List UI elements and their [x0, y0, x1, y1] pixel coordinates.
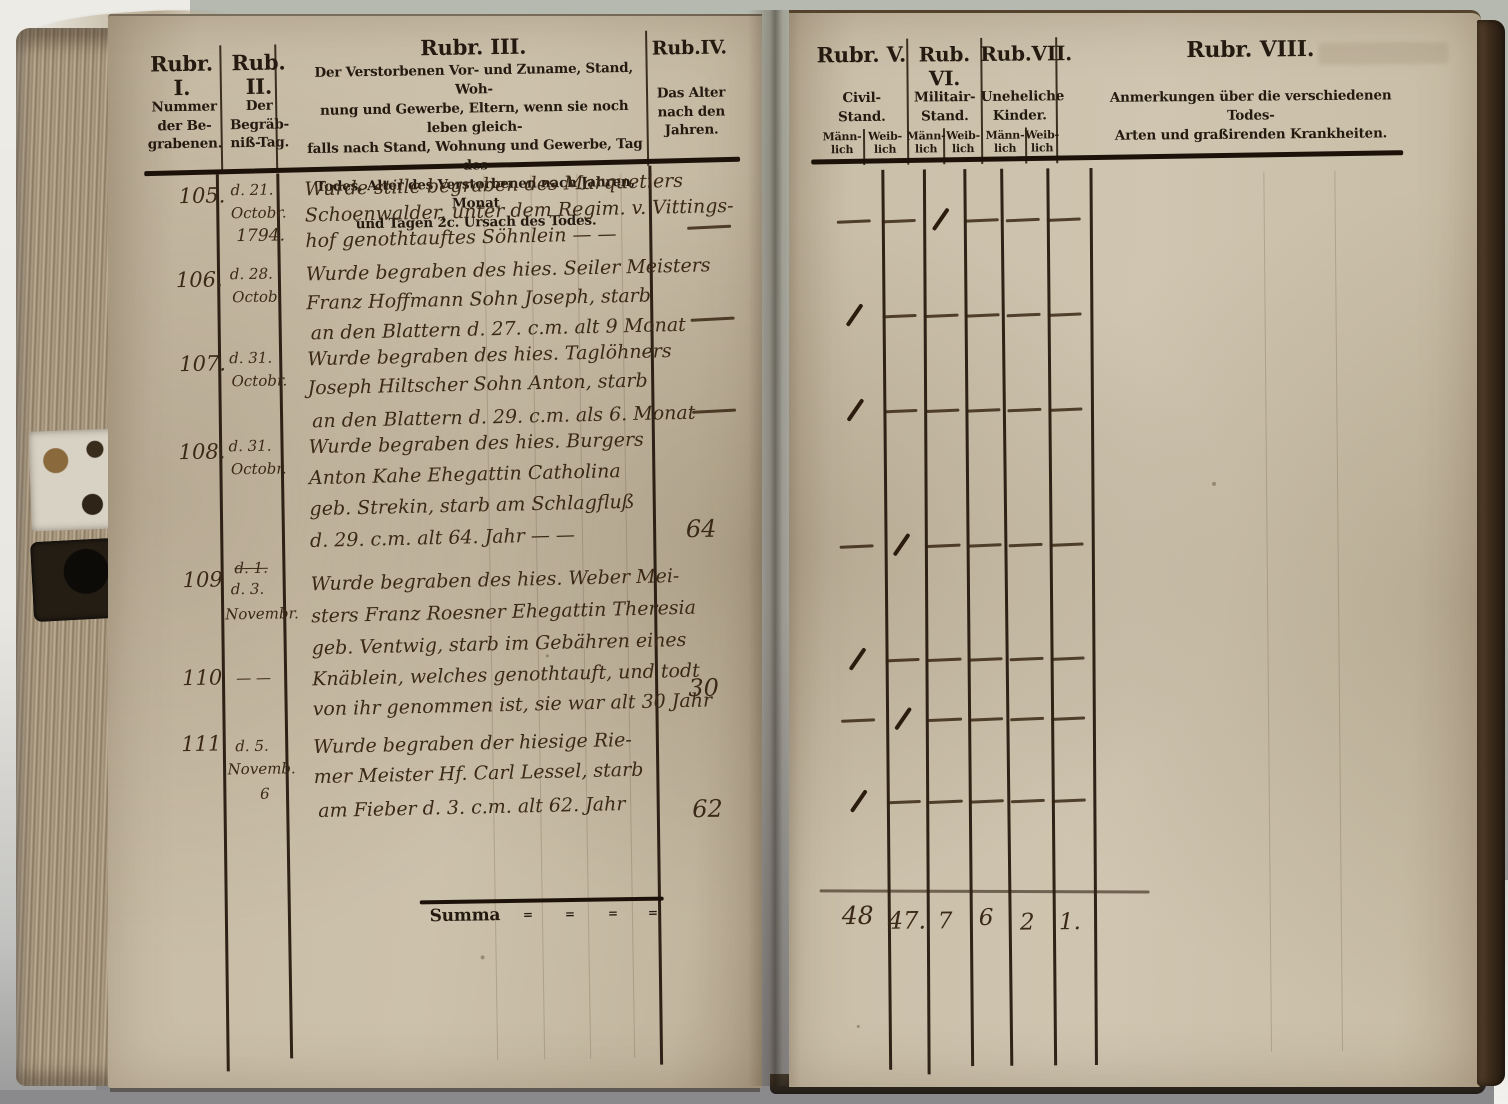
tally-mark-dash	[883, 314, 917, 318]
rubric1-label: Nummer der Be- grabenen.	[147, 97, 222, 154]
total-militair-weiblich: 6	[979, 905, 994, 931]
entry-date: Novembr.	[225, 604, 299, 623]
entry-date: d. 21.	[230, 181, 273, 200]
rubric4-label-line: Jahren.	[651, 120, 731, 140]
fore-edge-dark-patch	[30, 538, 118, 622]
total-uneheliche-maennlich: 2	[1020, 910, 1035, 936]
tally-mark-dash	[929, 800, 963, 804]
summa-mark: =	[608, 906, 618, 920]
summa-mark: =	[648, 906, 658, 920]
entry-text-line: Knäblein, welches genothtauft, und todt	[312, 659, 700, 692]
rubric3-line: nung und Gewerbe, Eltern, wenn sie noch …	[300, 97, 649, 140]
church-burial-register-photo: Rubr. I. Rub. II. Rubr. III. Rub.IV. Num…	[0, 0, 1508, 1104]
tally-mark-dash	[965, 218, 999, 222]
fore-edge-damage-patch	[28, 428, 119, 531]
rubric2-title: Rub. II.	[220, 50, 297, 99]
rubric4-title: Rub.IV.	[646, 35, 732, 60]
entry-number: 107.	[179, 351, 226, 376]
tally-mark-dash	[837, 219, 871, 223]
left-page: Rubr. I. Rub. II. Rubr. III. Rub.IV. Num…	[108, 14, 762, 1088]
tally-mark-one	[846, 303, 864, 327]
entry-number: 105.	[178, 183, 225, 208]
tally-mark-dash	[1048, 407, 1082, 411]
entry-text-line: mer Meister Hf. Carl Lessel, starb	[313, 758, 643, 789]
rubric3-line: Der Verstorbenen Vor- und Zuname, Stand,…	[300, 59, 649, 102]
rubric4-label: Das Alter nach den Jahren.	[651, 83, 732, 140]
ink-bleed-through	[1318, 42, 1448, 65]
tally-mark-dash	[966, 313, 1000, 317]
entry-text-line: Wurde begraben des hies. Weber Mei-	[310, 564, 679, 596]
entry-text-line: Wurde begraben der hiesige Rie-	[313, 728, 632, 759]
age-dash	[691, 317, 735, 322]
tally-mark-dash	[886, 658, 920, 662]
entry-text-line: von ihr genommen ist, sie war alt 30 Jah…	[312, 688, 712, 721]
entry-date: — —	[236, 669, 271, 688]
total-civil-weiblich: 47.	[888, 906, 926, 934]
rubric1-label-line: grabenen.	[148, 134, 222, 154]
tally-mark-one	[893, 533, 911, 557]
tally-mark-dash	[1047, 217, 1081, 221]
age-value: 64	[686, 515, 717, 543]
paper-speck	[481, 955, 485, 959]
tally-mark-dash	[970, 799, 1004, 803]
total-civil-maennlich: 48	[842, 901, 874, 930]
tally-mark-dash	[840, 544, 874, 548]
tally-mark-dash	[928, 658, 962, 662]
book-gutter-shadow	[748, 10, 800, 1086]
entry-number: 109	[182, 567, 222, 592]
rubric2-label-line: niß-Tag.	[224, 133, 296, 153]
tally-mark-dash	[969, 657, 1003, 661]
tally-mark-dash	[887, 800, 921, 804]
tally-mark-dash	[968, 543, 1002, 547]
tally-mark-dash	[1007, 313, 1041, 317]
tally-mark-dash	[841, 718, 875, 722]
rubric2-label-line: Begräb-	[223, 115, 295, 135]
entry-date: 6	[260, 785, 270, 803]
entry-date: d. 31.	[228, 437, 271, 456]
tally-mark-dash	[1010, 657, 1044, 661]
tally-mark-dash	[1052, 798, 1086, 802]
rubric3-title: Rubr. III.	[383, 34, 563, 61]
tally-mark-dash	[1051, 656, 1085, 660]
rubric1-label-line: der Be-	[147, 116, 221, 136]
tally-mark-dash	[1011, 799, 1045, 803]
entry-number: 106.	[176, 267, 223, 292]
paper-speck	[857, 1025, 860, 1028]
entry-date: Novemb.	[227, 759, 295, 778]
rubric2-label-line: Der	[223, 96, 295, 116]
tally-mark-dash	[927, 544, 961, 548]
entry-text-line: sters Franz Roesner Ehegattin Theresia	[311, 596, 696, 629]
summa-label: Summa	[425, 905, 505, 926]
summa-mark: =	[523, 908, 533, 922]
age-dash	[692, 409, 736, 414]
tally-mark-one	[849, 647, 867, 671]
tally-mark-one	[894, 707, 912, 731]
entry-date: d. 5.	[235, 737, 269, 756]
entry-number: 111	[181, 731, 221, 756]
tally-mark-dash	[1050, 542, 1084, 546]
tally-mark-one	[846, 398, 864, 422]
entry-text-line: Joseph Hiltscher Sohn Anton, starb	[307, 369, 648, 401]
tally-mark-dash	[928, 718, 962, 722]
right-page-content: Rubr. V. Rub. VI. Rub.VII. Rubr. VIII. C…	[788, 10, 1489, 1090]
entry-text-line: geb. Ventwig, starb im Gebähren eines	[311, 628, 686, 660]
tally-mark-dash	[1010, 717, 1044, 721]
total-militair-maennlich: 7	[938, 908, 953, 934]
tally-mark-one	[850, 789, 868, 813]
age-value: 62	[692, 795, 723, 823]
tally-mark-dash	[925, 314, 959, 318]
rubric1-label-line: Nummer	[147, 97, 221, 117]
entry-text-line: Franz Hoffmann Sohn Joseph, starb	[306, 283, 651, 315]
tally-mark-dash	[1048, 312, 1082, 316]
tally-mark-dash	[1051, 716, 1085, 720]
entry-text-line: geb. Strekin, starb am Schlagfluß	[309, 490, 634, 521]
entry-number: 110	[182, 665, 222, 690]
tally-mark-one	[932, 207, 950, 231]
entry-text-line: Anton Kahe Ehegattin Catholina	[309, 459, 621, 490]
summa-mark: =	[565, 907, 575, 921]
right-page: Rubr. V. Rub. VI. Rub.VII. Rubr. VIII. C…	[789, 10, 1481, 1087]
tally-mark-dash	[966, 408, 1000, 412]
paper-speck	[1212, 482, 1216, 486]
entry-date: Octobr.	[231, 203, 287, 222]
rubric2-label: Der Begräb- niß-Tag.	[223, 96, 296, 153]
entry-number: 108.	[178, 439, 225, 464]
rubric4-label-line: nach den	[651, 102, 731, 122]
left-page-content: Rubr. I. Rub. II. Rubr. III. Rub.IV. Num…	[106, 11, 777, 1093]
entry-date: d. 3.	[231, 580, 265, 599]
tally-mark-dash	[883, 409, 917, 413]
entry-date: Octobr.	[231, 371, 287, 390]
tally-mark-dash	[969, 717, 1003, 721]
entry-date-struck: d. 1.	[234, 559, 268, 578]
entry-date: d. 31.	[229, 349, 272, 368]
entry-date: d. 28.	[230, 265, 273, 284]
entry-date: 1794.	[236, 225, 285, 246]
rubric1-title: Rubr. I.	[142, 51, 221, 100]
tally-mark-dash	[1009, 543, 1043, 547]
rubric4-label-line: Das Alter	[651, 83, 731, 103]
age-dash	[687, 225, 731, 230]
age-value: 30	[688, 674, 719, 702]
tally-mark-dash	[882, 219, 916, 223]
entry-text-line: am Fieber d. 3. c.m. alt 62. Jahr	[318, 792, 626, 823]
tally-mark-dash	[1006, 218, 1040, 222]
tally-mark-dash	[1007, 408, 1041, 412]
paper-speck	[546, 654, 549, 657]
entry-text-line: Wurde begraben des hies. Burgers	[308, 428, 644, 460]
total-uneheliche-weiblich: 1.	[1059, 909, 1081, 935]
book-cover-right-edge	[1477, 20, 1505, 1086]
entry-date: Octobr.	[231, 459, 287, 478]
entry-date: Octob.	[232, 287, 282, 306]
tally-mark-dash	[925, 409, 959, 413]
